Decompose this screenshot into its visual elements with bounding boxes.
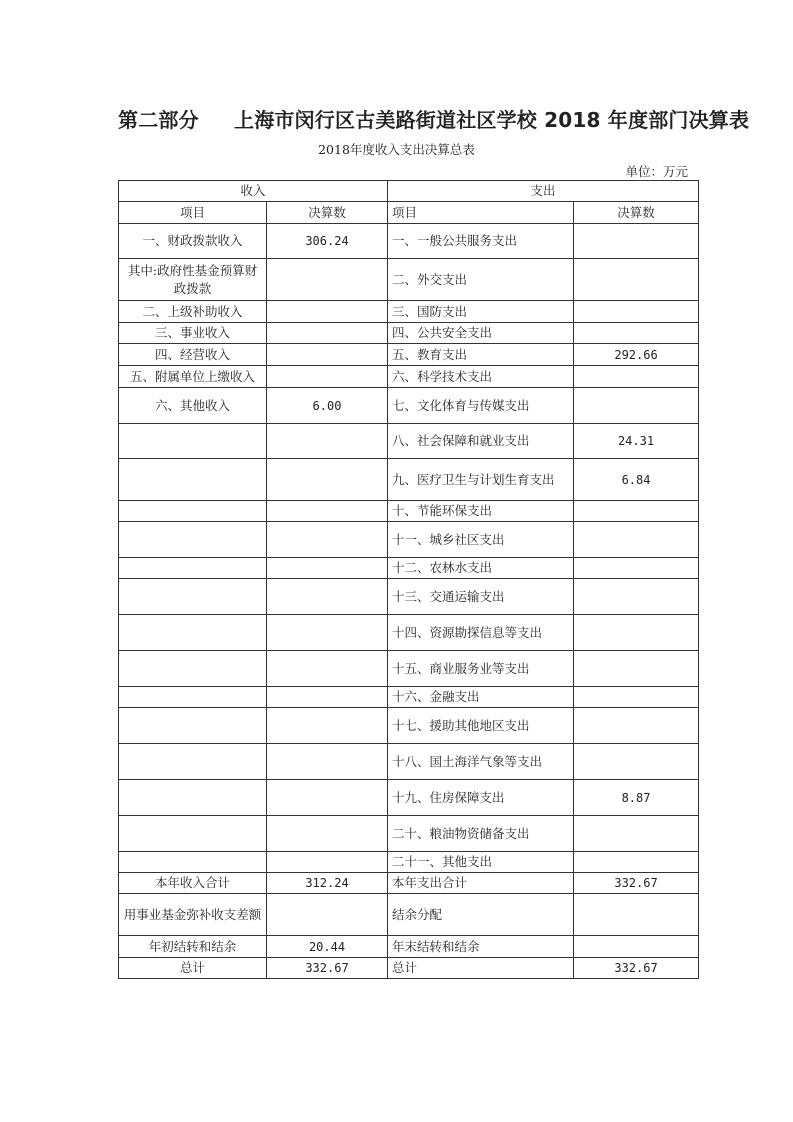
income-item [119,651,267,687]
income-item [119,615,267,651]
income-amount [267,424,388,459]
income-item [119,744,267,780]
expense-amount: 24.31 [574,424,699,459]
expense-item: 九、医疗卫生与计划生育支出 [388,459,574,501]
expense-item: 十二、农林水支出 [388,558,574,579]
expense-amount [574,366,699,388]
expense-item: 十、节能环保支出 [388,501,574,522]
income-item: 四、经营收入 [119,344,267,366]
expense-amount [574,388,699,424]
expense-amount [574,615,699,651]
income-item [119,708,267,744]
income-item: 五、附属单位上缴收入 [119,366,267,388]
table-row: 一、财政拨款收入306.24一、一般公共服务支出 [119,224,699,259]
income-amount [267,259,388,301]
income-amount [267,459,388,501]
expense-header: 支出 [388,181,699,202]
expense-amount [574,816,699,852]
income-amount [267,816,388,852]
income-item [119,501,267,522]
income-amount [267,687,388,708]
income-amount: 20.44 [267,936,388,958]
expense-item: 二、外交支出 [388,259,574,301]
expense-item: 十五、商业服务业等支出 [388,651,574,687]
table-row: 十四、资源勘探信息等支出 [119,615,699,651]
income-item: 用事业基金弥补收支差额 [119,894,267,936]
income-amount [267,615,388,651]
table-row: 十三、交通运输支出 [119,579,699,615]
income-amount [267,579,388,615]
income-item [119,852,267,873]
income-amount [267,323,388,344]
income-amount [267,366,388,388]
income-amount [267,558,388,579]
income-item: 六、其他收入 [119,388,267,424]
income-amount-col-header: 决算数 [267,202,388,224]
expense-item: 十四、资源勘探信息等支出 [388,615,574,651]
report-title: 上海市闵行区古美路街道社区学校 2018 年度部门决算表 [234,108,749,132]
income-amount [267,780,388,816]
income-amount: 312.24 [267,873,388,894]
income-amount [267,708,388,744]
expense-item: 总计 [388,958,574,979]
table-row: 十六、金融支出 [119,687,699,708]
income-item [119,459,267,501]
income-amount: 6.00 [267,388,388,424]
expense-amount: 6.84 [574,459,699,501]
income-amount: 306.24 [267,224,388,259]
income-item: 二、上级补助收入 [119,301,267,323]
table-row: 四、经营收入五、教育支出292.66 [119,344,699,366]
income-item [119,522,267,558]
expense-item: 结余分配 [388,894,574,936]
table-row: 十七、援助其他地区支出 [119,708,699,744]
table-row: 二十、粮油物资储备支出 [119,816,699,852]
income-item: 一、财政拨款收入 [119,224,267,259]
expense-item: 六、科学技术支出 [388,366,574,388]
income-item: 三、事业收入 [119,323,267,344]
summary-row: 本年收入合计312.24本年支出合计332.67 [119,873,699,894]
expense-item: 一、一般公共服务支出 [388,224,574,259]
expense-amount [574,936,699,958]
expense-amount: 8.87 [574,780,699,816]
expense-amount [574,894,699,936]
page-title: 第二部分上海市闵行区古美路街道社区学校 2018 年度部门决算表 [118,104,738,133]
expense-item: 年末结转和结余 [388,936,574,958]
expense-amount-col-header: 决算数 [574,202,699,224]
income-amount [267,501,388,522]
expense-amount [574,852,699,873]
income-amount [267,744,388,780]
expense-item: 本年支出合计 [388,873,574,894]
income-item [119,579,267,615]
expense-amount: 332.67 [574,958,699,979]
table-row: 八、社会保障和就业支出24.31 [119,424,699,459]
table-row: 其中:政府性基金预算财政拨款二、外交支出 [119,259,699,301]
table-row: 二、上级补助收入三、国防支出 [119,301,699,323]
income-amount [267,344,388,366]
expense-item: 二十、粮油物资储备支出 [388,816,574,852]
table-row: 十一、城乡社区支出 [119,522,699,558]
expense-amount [574,522,699,558]
expense-amount [574,744,699,780]
table-row: 十、节能环保支出 [119,501,699,522]
table-row: 十二、农林水支出 [119,558,699,579]
summary-row: 年初结转和结余20.44年末结转和结余 [119,936,699,958]
expense-item: 十九、住房保障支出 [388,780,574,816]
expense-item: 五、教育支出 [388,344,574,366]
income-amount: 332.67 [267,958,388,979]
table-row: 二十一、其他支出 [119,852,699,873]
expense-amount [574,224,699,259]
table-row: 五、附属单位上缴收入六、科学技术支出 [119,366,699,388]
expense-amount [574,501,699,522]
income-amount [267,522,388,558]
income-item-col-header: 项目 [119,202,267,224]
income-item [119,424,267,459]
expense-item: 二十一、其他支出 [388,852,574,873]
income-item [119,780,267,816]
expense-item: 四、公共安全支出 [388,323,574,344]
table-row: 九、医疗卫生与计划生育支出6.84 [119,459,699,501]
expense-item-col-header: 项目 [388,202,574,224]
income-item: 年初结转和结余 [119,936,267,958]
income-item: 总计 [119,958,267,979]
expense-item: 十三、交通运输支出 [388,579,574,615]
income-item [119,687,267,708]
table-row: 六、其他收入6.00七、文化体育与传媒支出 [119,388,699,424]
expense-amount [574,651,699,687]
income-header: 收入 [119,181,388,202]
income-item: 本年收入合计 [119,873,267,894]
expense-item: 十八、国土海洋气象等支出 [388,744,574,780]
expense-item: 七、文化体育与传媒支出 [388,388,574,424]
table-row: 十八、国土海洋气象等支出 [119,744,699,780]
expense-amount [574,708,699,744]
expense-amount: 292.66 [574,344,699,366]
unit-label: 单位：万元 [625,162,688,180]
part-label: 第二部分 [118,104,234,133]
expense-amount [574,323,699,344]
income-item [119,558,267,579]
summary-row: 总计332.67总计332.67 [119,958,699,979]
expense-item: 三、国防支出 [388,301,574,323]
expense-item: 十六、金融支出 [388,687,574,708]
summary-row: 用事业基金弥补收支差额结余分配 [119,894,699,936]
income-amount [267,894,388,936]
income-item [119,816,267,852]
table-row: 十九、住房保障支出8.87 [119,780,699,816]
expense-amount [574,259,699,301]
expense-item: 八、社会保障和就业支出 [388,424,574,459]
income-expense-table: 收入 支出 项目 决算数 项目 决算数 一、财政拨款收入306.24一、一般公共… [118,180,699,979]
expense-amount [574,558,699,579]
income-amount [267,651,388,687]
expense-amount [574,579,699,615]
income-amount [267,852,388,873]
table-row: 三、事业收入四、公共安全支出 [119,323,699,344]
table-row: 十五、商业服务业等支出 [119,651,699,687]
income-item: 其中:政府性基金预算财政拨款 [119,259,267,301]
expense-item: 十一、城乡社区支出 [388,522,574,558]
expense-amount [574,687,699,708]
expense-amount: 332.67 [574,873,699,894]
expense-item: 十七、援助其他地区支出 [388,708,574,744]
income-amount [267,301,388,323]
expense-amount [574,301,699,323]
table-subtitle: 2018年度收入支出决算总表 [0,140,793,158]
